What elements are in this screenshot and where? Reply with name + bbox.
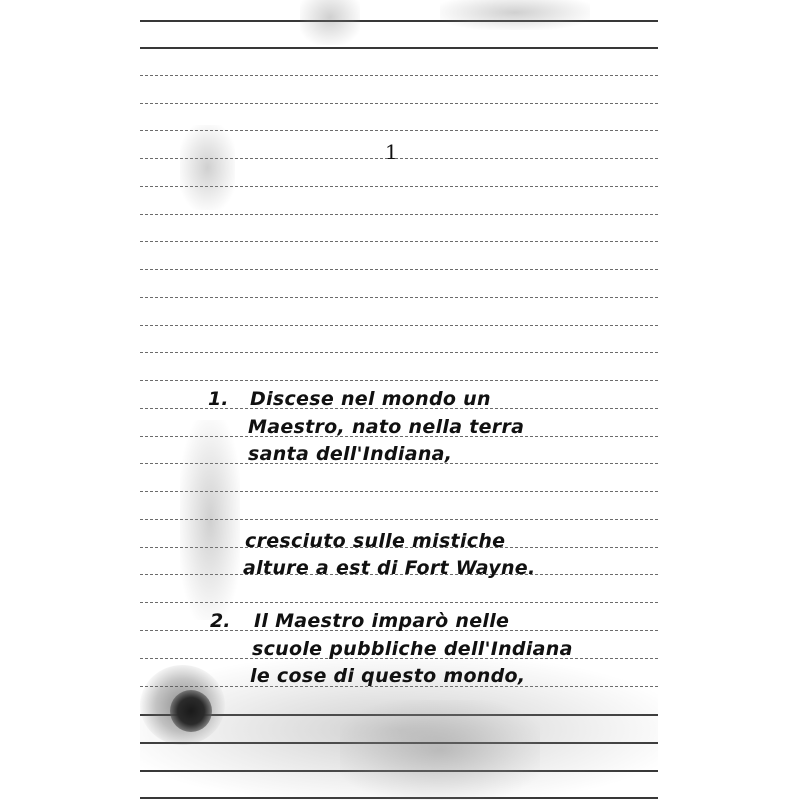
paper-stain: [440, 0, 590, 30]
paper-stain: [180, 420, 240, 620]
ruled-line: [140, 241, 658, 242]
verse-number: 2.: [210, 610, 230, 632]
verse-line: santa dell'Indiana,: [248, 443, 452, 465]
ruled-line: [140, 47, 658, 49]
verse-line: le cose di questo mondo,: [250, 665, 525, 687]
verse-line: Discese nel mondo un: [250, 388, 491, 410]
verse-line: Maestro, nato nella terra: [248, 416, 524, 438]
ruled-line: [140, 214, 658, 215]
ink-blot: [170, 690, 212, 732]
page-number: 1: [385, 140, 398, 164]
paper-stain: [180, 125, 235, 210]
ruled-line: [140, 325, 658, 326]
paper-stain: [340, 700, 540, 800]
paper-stain: [300, 0, 360, 45]
verse-line: alture a est di Fort Wayne.: [243, 557, 536, 579]
verse-line: Il Maestro imparò nelle: [254, 610, 509, 632]
ruled-line: [140, 269, 658, 270]
verse-number: 1.: [208, 388, 228, 410]
ruled-line: [140, 352, 658, 353]
ruled-line: [140, 297, 658, 298]
ruled-line: [140, 103, 658, 104]
ruled-line: [140, 75, 658, 76]
verse-line: cresciuto sulle mistiche: [245, 530, 505, 552]
lined-paper-page: 1 1. Discese nel mondo un Maestro, nato …: [140, 0, 658, 800]
verse-line: scuole pubbliche dell'Indiana: [252, 638, 573, 660]
ruled-line: [140, 380, 658, 381]
